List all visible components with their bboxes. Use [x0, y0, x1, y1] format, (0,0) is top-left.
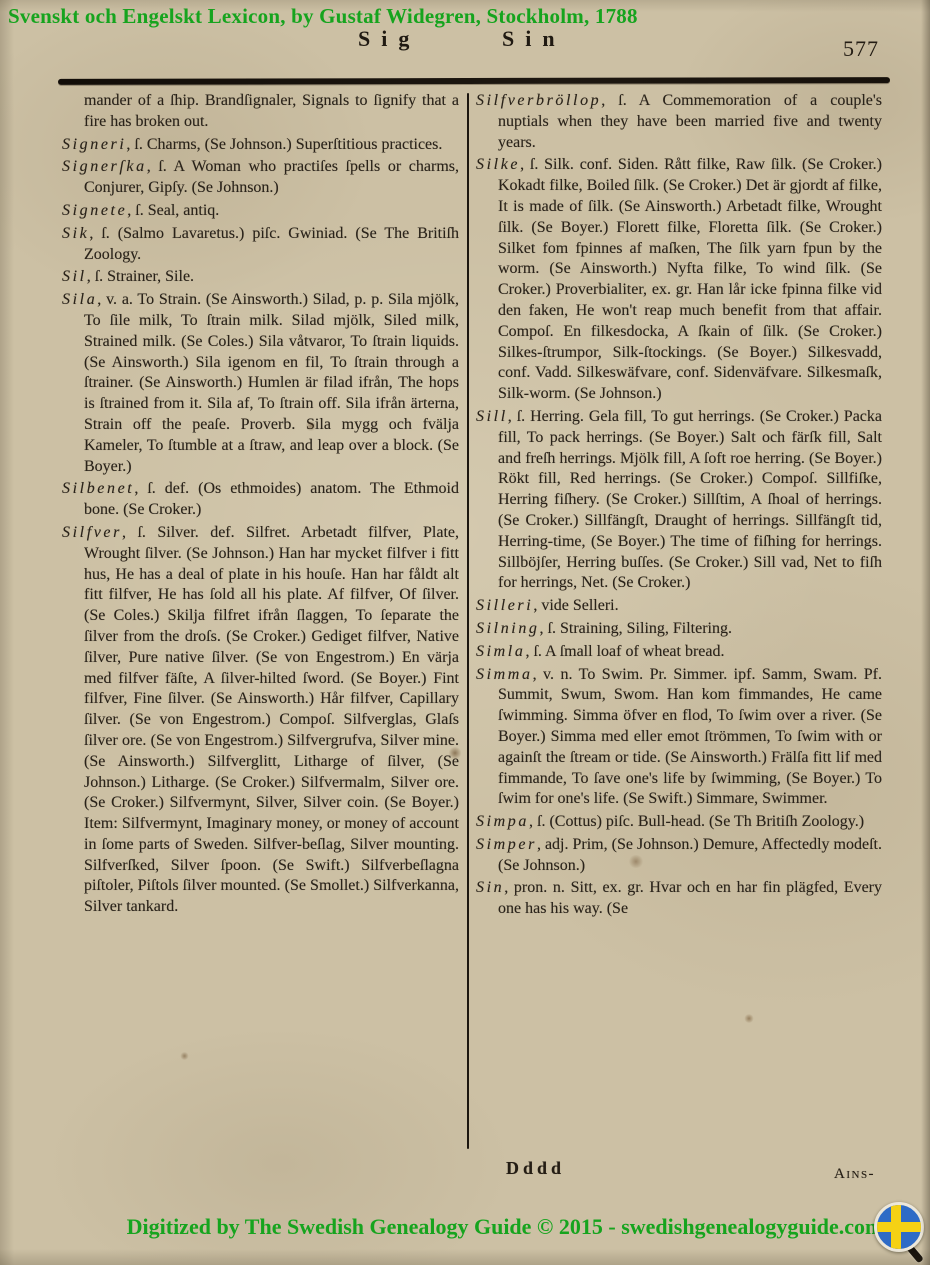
left-column: mander of a ſhip. Brandſignaler, Signals…	[62, 91, 459, 1149]
entry-body: , ſ. Charms, (Se Johnson.) Superſtitious…	[126, 136, 442, 153]
signature-mark: Dddd	[506, 1158, 565, 1179]
text-columns: mander of a ſhip. Brandſignaler, Signals…	[62, 91, 882, 1149]
header-rule	[58, 77, 890, 85]
entry-headword: Sila	[62, 291, 97, 308]
entry-body: , vide Selleri.	[533, 597, 618, 614]
entry-body: , adj. Prim, (Se Johnson.) Demure, Affec…	[498, 836, 882, 874]
dictionary-entry: Simpa, ſ. (Cottus) piſc. Bull-head. (Se …	[476, 812, 882, 833]
entry-headword: Simma	[476, 666, 533, 683]
entry-headword: Silke	[476, 156, 520, 173]
entry-body: , ſ. A ſmall loaf of wheat bread.	[525, 643, 724, 660]
entry-headword: Signeri	[62, 136, 126, 153]
entry-body: , pron. n. Sitt, ex. gr. Hvar och en har…	[498, 879, 882, 917]
dictionary-entry: Signete, ſ. Seal, antiq.	[62, 201, 459, 222]
entry-headword: Silbenet	[62, 480, 134, 497]
entry-body: , v. n. To Swim. Pr. Simmer. ipf. Samm, …	[498, 666, 882, 808]
entry-body: , ſ. def. (Os ethmoides) anatom. The Eth…	[84, 480, 459, 518]
dictionary-entry: Silleri, vide Selleri.	[476, 596, 882, 617]
entry-headword: Signete	[62, 202, 127, 219]
dictionary-entry: mander of a ſhip. Brandſignaler, Signals…	[62, 91, 459, 133]
right-column: Silfverbröllop, ſ. A Commemoration of a …	[476, 91, 882, 1149]
column-divider-rule	[467, 93, 469, 1149]
dictionary-entry: Silning, ſ. Straining, Siling, Filtering…	[476, 619, 882, 640]
entry-headword: Sik	[62, 225, 89, 242]
entry-body: , ſ. (Cottus) piſc. Bull-head. (Se Th Br…	[529, 813, 864, 830]
dictionary-entry: Signeri, ſ. Charms, (Se Johnson.) Superſ…	[62, 135, 459, 156]
dictionary-entry: Silke, ſ. Silk. conf. Siden. Rått filke,…	[476, 155, 882, 405]
entry-body: , ſ. Silk. conf. Siden. Rått filke, Raw …	[498, 156, 882, 402]
dictionary-entry: Silfver, ſ. Silver. def. Silfret. Arbeta…	[62, 523, 459, 918]
entry-headword: Sill	[476, 408, 508, 425]
entry-headword: Silfverbröllop	[476, 92, 601, 109]
scanned-book-page: Svenskt och Engelskt Lexicon, by Gustaf …	[0, 0, 930, 1265]
dictionary-entry: Sin, pron. n. Sitt, ex. gr. Hvar och en …	[476, 878, 882, 920]
digitizer-bottom-caption: Digitized by The Swedish Genealogy Guide…	[110, 1214, 900, 1240]
running-head: Sig Sin 577	[0, 26, 930, 62]
flag-cross-horizontal	[877, 1222, 921, 1232]
entry-body: , v. a. To Strain. (Se Ainsworth.) Silad…	[84, 291, 459, 474]
dictionary-entry: Simma, v. n. To Swim. Pr. Simmer. ipf. S…	[476, 665, 882, 811]
entry-body: mander of a ſhip. Brandſignaler, Signals…	[84, 92, 459, 130]
entry-body: , ſ. (Salmo Lavaretus.) piſc. Gwiniad. (…	[84, 225, 459, 263]
entry-headword: Sil	[62, 268, 87, 285]
entry-body: , ſ. Silver. def. Silfret. Arbetadt filf…	[84, 524, 459, 915]
entry-headword: Simla	[476, 643, 525, 660]
dictionary-entry: Silbenet, ſ. def. (Os ethmoides) anatom.…	[62, 479, 459, 521]
entry-headword: Signerſka	[62, 158, 147, 175]
swedish-flag-magnifier-icon	[874, 1202, 924, 1252]
dictionary-entry: Signerſka, ſ. A Woman who practiſes ſpel…	[62, 157, 459, 199]
entry-body: , ſ. Seal, antiq.	[127, 202, 219, 219]
entry-headword: Silning	[476, 620, 540, 637]
dictionary-entry: Sik, ſ. (Salmo Lavaretus.) piſc. Gwiniad…	[62, 224, 459, 266]
entry-headword: Silfver	[62, 524, 122, 541]
entry-headword: Simpa	[476, 813, 529, 830]
running-head-left-word: Sig	[358, 26, 420, 52]
catchword: Ains-	[834, 1166, 875, 1183]
entry-headword: Simper	[476, 836, 537, 853]
entry-headword: Sin	[476, 879, 504, 896]
dictionary-entry: Silfverbröllop, ſ. A Commemoration of a …	[476, 91, 882, 153]
dictionary-entry: Simla, ſ. A ſmall loaf of wheat bread.	[476, 642, 882, 663]
entry-body: , ſ. Herring. Gela fill, To gut herrings…	[498, 408, 882, 591]
page-number: 577	[843, 36, 879, 62]
dictionary-entry: Simper, adj. Prim, (Se Johnson.) Demure,…	[476, 835, 882, 877]
dictionary-entry: Sill, ſ. Herring. Gela fill, To gut herr…	[476, 407, 882, 594]
dictionary-entry: Sil, ſ. Strainer, Sile.	[62, 267, 459, 288]
dictionary-entry: Sila, v. a. To Strain. (Se Ainsworth.) S…	[62, 290, 459, 477]
running-head-right-word: Sin	[502, 26, 566, 52]
swedish-genealogy-guide-logo	[872, 1200, 928, 1262]
entry-body: , ſ. Strainer, Sile.	[87, 268, 194, 285]
entry-body: , ſ. Straining, Siling, Filtering.	[540, 620, 732, 637]
entry-headword: Silleri	[476, 597, 533, 614]
